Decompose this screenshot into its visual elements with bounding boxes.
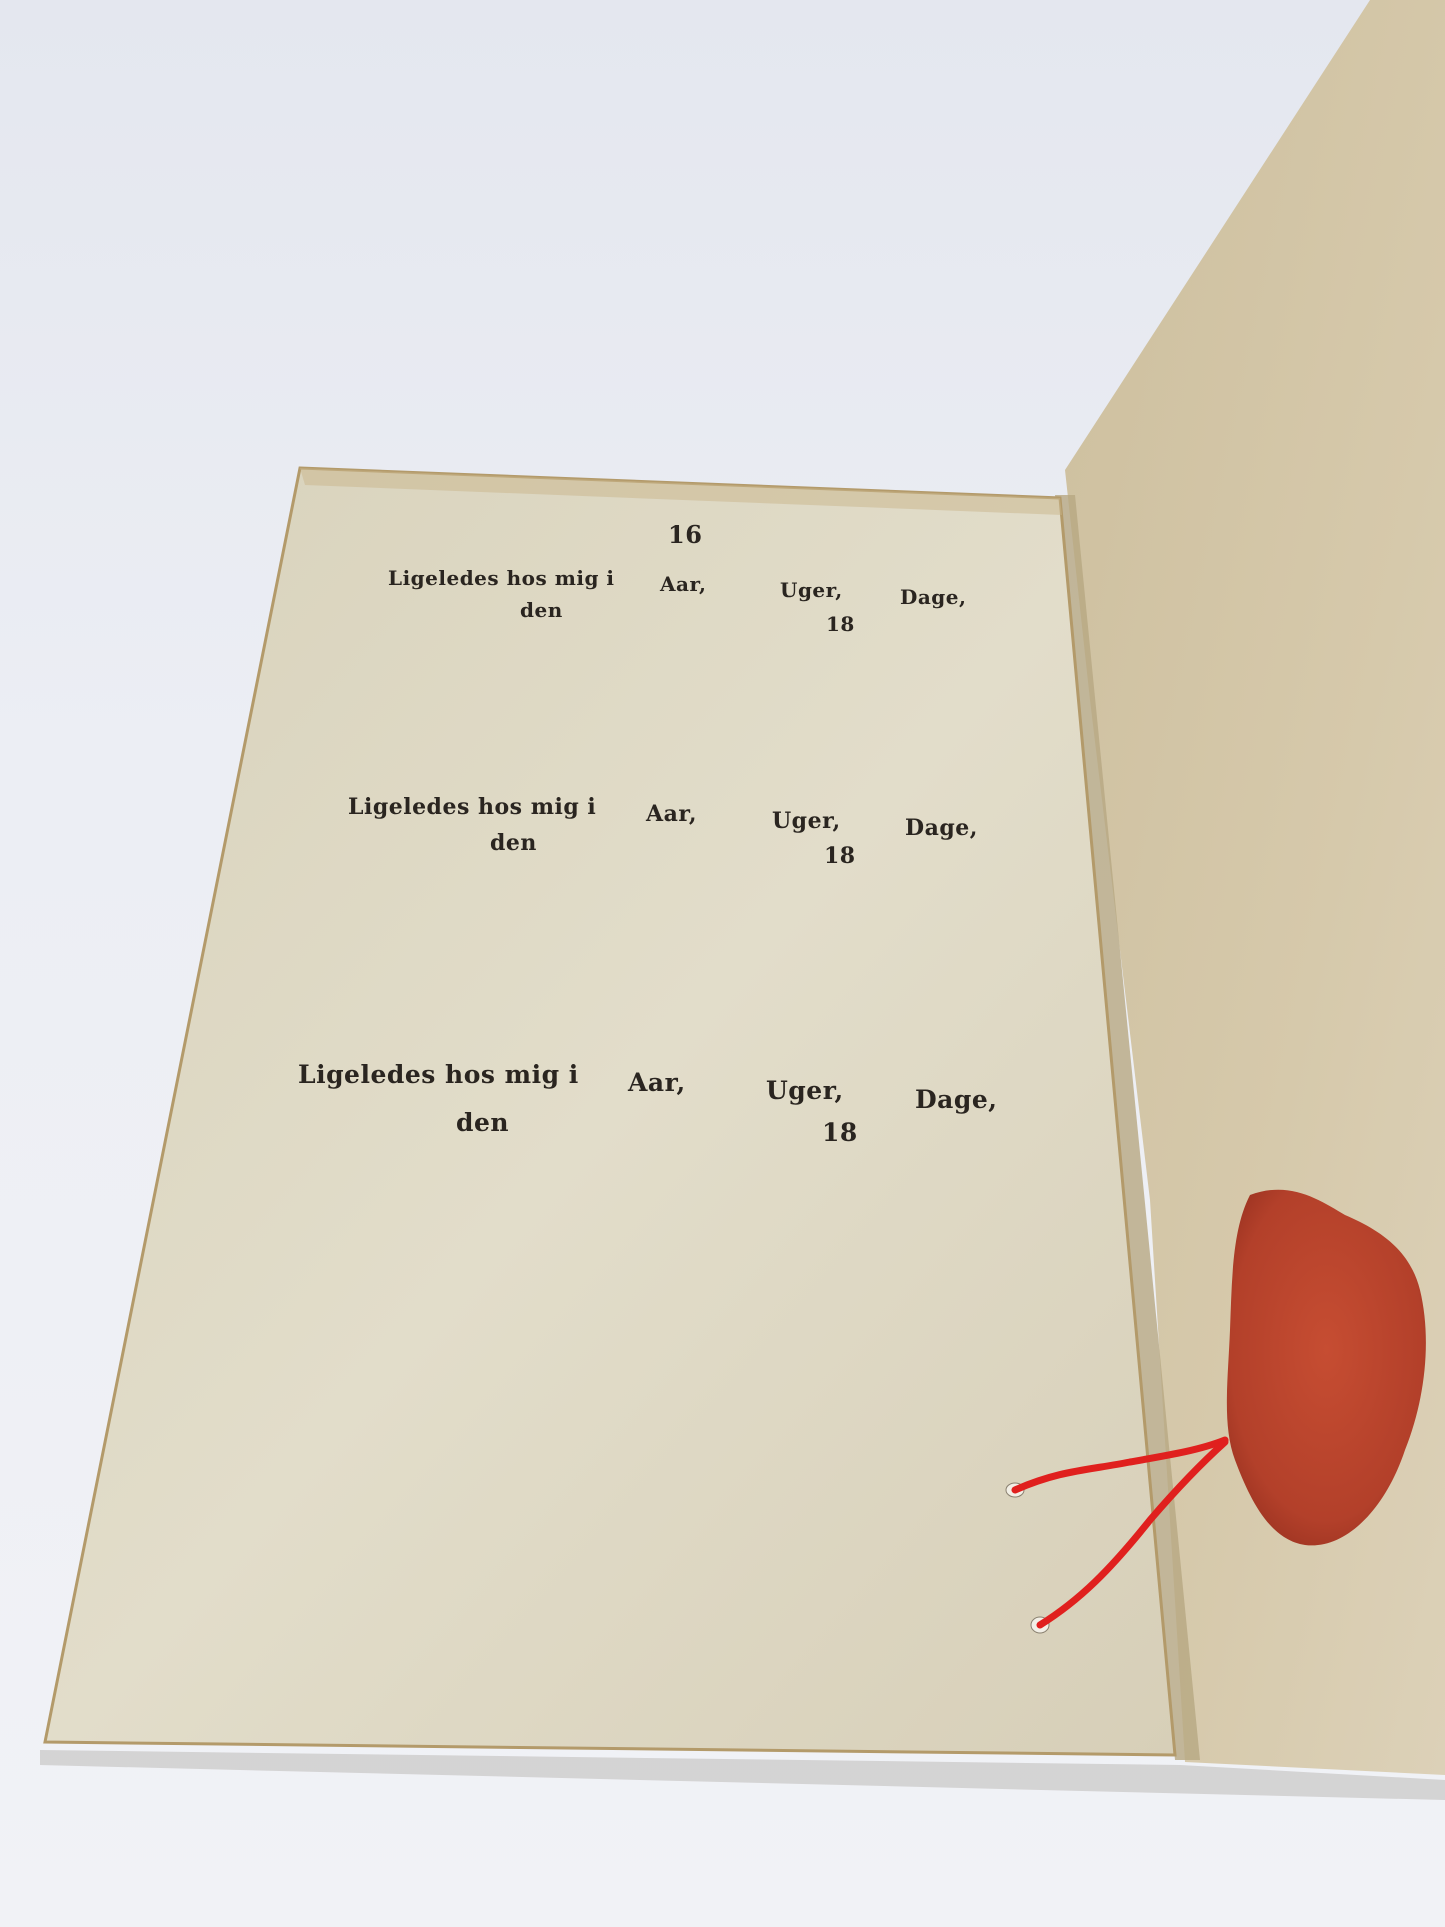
entry-2-year: 18 — [824, 843, 856, 869]
entry-3-weeks: Uger, — [766, 1076, 844, 1105]
entry-1-weeks: Uger, — [780, 578, 843, 602]
entry-3-year: 18 — [822, 1118, 858, 1147]
entry-3-days: Dage, — [915, 1085, 997, 1114]
entry-2-den: den — [490, 830, 537, 856]
entry-1-den: den — [520, 598, 563, 622]
entry-3-den: den — [456, 1108, 509, 1137]
entry-2-prefix: Ligeledes hos mig i — [348, 794, 596, 820]
entry-3-prefix: Ligeledes hos mig i — [298, 1060, 579, 1089]
book-illustration — [0, 0, 1445, 1927]
page-number: 16 — [668, 520, 702, 549]
entry-3-years: Aar, — [628, 1068, 686, 1097]
entry-1-prefix: Ligeledes hos mig i — [388, 566, 615, 590]
entry-1-years: Aar, — [660, 572, 707, 596]
entry-2-years: Aar, — [646, 801, 697, 827]
entry-1-days: Dage, — [900, 585, 966, 609]
photo-scene: 16 Ligeledes hos mig i Aar, Uger, Dage, … — [0, 0, 1445, 1927]
entry-2-weeks: Uger, — [772, 808, 841, 834]
entry-2-days: Dage, — [905, 815, 978, 841]
left-page — [45, 468, 1175, 1755]
entry-1-year: 18 — [826, 612, 855, 636]
